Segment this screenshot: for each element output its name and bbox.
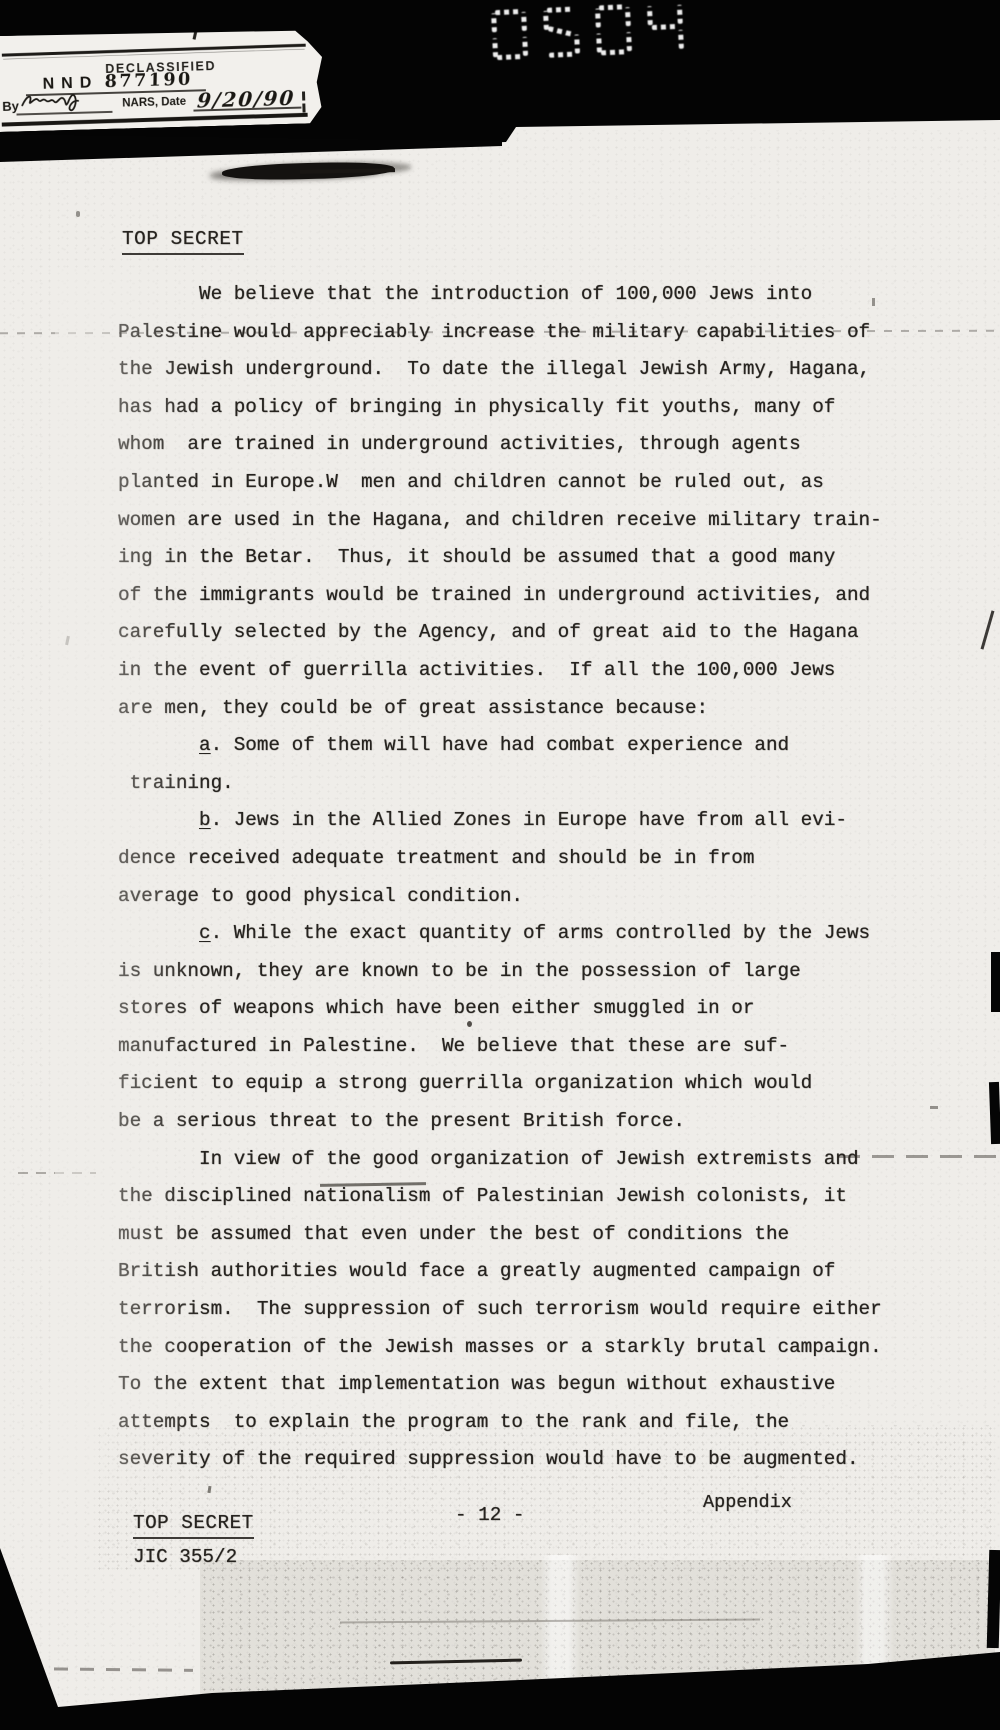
- scanned-document: TOP SECRET We believe that the introduct…: [0, 0, 1000, 1730]
- scan-noise: [200, 1560, 995, 1710]
- typed-line: has had a policy of bringing in physical…: [118, 389, 998, 427]
- footer-reference: JIC 355/2: [133, 1546, 237, 1568]
- typed-line: stores of weapons which have been either…: [118, 990, 998, 1028]
- film-frame-counter: [491, 2, 684, 61]
- typed-line: attempts to explain the program to the r…: [118, 1404, 998, 1442]
- ink-smudge-artifact: [222, 161, 394, 182]
- digit-segment: [595, 8, 601, 27]
- typed-line: c. While the exact quantity of arms cont…: [118, 915, 998, 953]
- typed-line: In view of the good organization of Jewi…: [118, 1141, 998, 1179]
- typed-line: Palestine would appreciably increase the…: [118, 314, 998, 352]
- digit-segment: [652, 24, 679, 30]
- ink-speck: [208, 1486, 212, 1493]
- appendix-label: Appendix: [703, 1492, 792, 1513]
- stamp-by-label: By: [2, 98, 19, 113]
- scan-line-artifact: [28, 1667, 193, 1671]
- digit-segment: [549, 52, 576, 58]
- typed-line: is unknown, they are known to be in the …: [118, 953, 998, 991]
- ink-speck: [193, 31, 198, 39]
- typed-line: average to good physical condition.: [118, 878, 998, 916]
- digit-segment: [625, 7, 631, 26]
- typed-line: training.: [118, 765, 998, 803]
- scan-edge-artifact: [0, 0, 495, 3]
- list-letter: a: [199, 734, 211, 756]
- page-number: - 12 -: [455, 1504, 524, 1526]
- digit-segment: [601, 49, 628, 55]
- declassification-stamp: DECLASSIFIED NND 877190 By NARS, Date 9/…: [0, 27, 324, 132]
- footer-classification-text: TOP SECRET: [133, 1512, 254, 1539]
- typed-line: of the immigrants would be trained in un…: [118, 577, 998, 615]
- typed-lines: We believe that the introduction of 100,…: [118, 276, 998, 1479]
- digit-segment: [574, 34, 580, 53]
- classification-text: TOP SECRET: [122, 228, 244, 255]
- ink-speck: [76, 211, 80, 217]
- typed-line: women are used in the Hagana, and childr…: [118, 502, 998, 540]
- typed-line: are men, they could be of great assistan…: [118, 690, 998, 728]
- typed-line: To the extent that implementation was be…: [118, 1366, 998, 1404]
- scan-line-artifact: [340, 1619, 760, 1624]
- scan-noise: [200, 1555, 995, 1710]
- counter-digit: [543, 6, 580, 58]
- footer-classification: TOP SECRET: [133, 1512, 254, 1534]
- typed-line: manufactured in Palestine. We believe th…: [118, 1028, 998, 1066]
- ink-smudge-artifact: [300, 168, 395, 174]
- counter-digit: [647, 2, 684, 54]
- typed-line: terrorism. The suppression of such terro…: [118, 1291, 998, 1329]
- digit-segment: [647, 6, 653, 25]
- typed-line: dence received adequate treatment and sh…: [118, 840, 998, 878]
- counter-digit: [595, 4, 632, 56]
- typed-line: b. Jews in the Allied Zones in Europe ha…: [118, 802, 998, 840]
- typed-line: the cooperation of the Jewish masses or …: [118, 1329, 998, 1367]
- digit-segment: [522, 37, 528, 56]
- typed-line: planted in Europe.W men and children can…: [118, 464, 998, 502]
- typed-line: the Jewish underground. To date the ille…: [118, 351, 998, 389]
- ink-speck: [302, 91, 305, 100]
- digit-segment: [548, 26, 575, 37]
- classification-heading: TOP SECRET: [122, 228, 244, 250]
- stamp-nnd-number: 877190: [104, 70, 193, 92]
- digit-segment: [547, 7, 574, 13]
- digit-segment: [521, 12, 527, 31]
- typed-line: ing in the Betar. Thus, it should be ass…: [118, 539, 998, 577]
- list-letter: c: [199, 922, 211, 944]
- typed-line: a. Some of them will have had combat exp…: [118, 727, 998, 765]
- list-letter: b: [199, 809, 211, 831]
- digit-segment: [491, 13, 497, 32]
- typed-line: the disciplined nationalism of Palestini…: [118, 1178, 998, 1216]
- digit-segment: [495, 9, 522, 15]
- digit-segment: [497, 54, 524, 60]
- counter-digit: [491, 9, 528, 61]
- typed-line: ficient to equip a strong guerrilla orga…: [118, 1065, 998, 1103]
- typed-line: be a serious threat to the present Briti…: [118, 1103, 998, 1141]
- typed-line: severity of the required suppression wou…: [118, 1441, 998, 1479]
- stamp-top-rule: [2, 44, 306, 57]
- ink-speck: [65, 636, 70, 645]
- digit-segment: [626, 32, 632, 51]
- typed-line: We believe that the introduction of 100,…: [118, 276, 998, 314]
- typed-line: whom are trained in underground activiti…: [118, 426, 998, 464]
- scan-line-artifact: [18, 1172, 96, 1174]
- digit-segment: [677, 5, 683, 24]
- typed-line: in the event of guerrilla activities. If…: [118, 652, 998, 690]
- stamp-nars-label: NARS, Date: [122, 96, 186, 110]
- document-page: TOP SECRET We believe that the introduct…: [0, 0, 1000, 1730]
- typed-line: carefully selected by the Agency, and of…: [118, 614, 998, 652]
- pen-line-artifact: [390, 1659, 522, 1665]
- digit-segment: [678, 30, 684, 49]
- digit-segment: [599, 4, 626, 10]
- typed-line: British authorities would face a greatly…: [118, 1253, 998, 1291]
- typed-line: must be assumed that even under the best…: [118, 1216, 998, 1254]
